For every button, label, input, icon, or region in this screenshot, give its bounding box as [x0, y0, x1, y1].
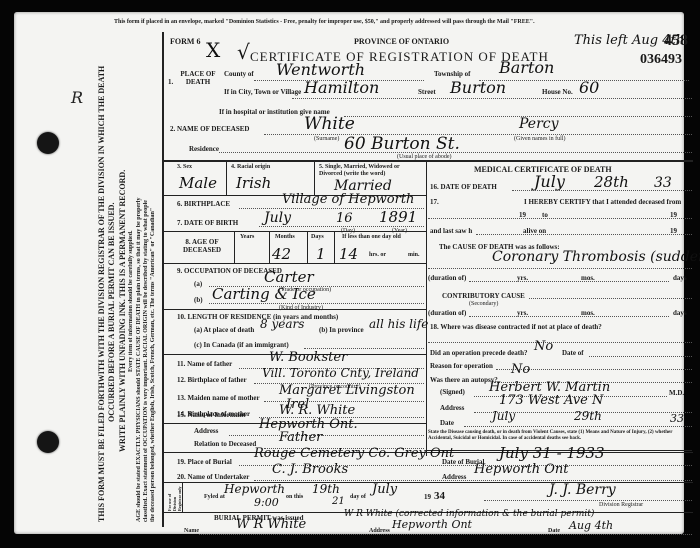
certificate-date-month: July [492, 409, 515, 423]
age-label: 8. AGE OF DECEASED [177, 238, 227, 254]
province-label: PROVINCE OF ONTARIO [354, 37, 449, 46]
informant-name-label-visible: 15. Name of Informant [177, 411, 245, 419]
birthplace-label: 6. BIRTHPLACE [177, 200, 230, 208]
certify-to: to [542, 211, 548, 219]
occupation-b-value: Carting & Ice [212, 285, 316, 303]
house-no-value: 60 [579, 78, 599, 97]
fyled-day-value: 19th [312, 482, 340, 496]
punch-hole-bottom [37, 431, 59, 453]
violence-note: State the Disease causing death, or in d… [428, 430, 690, 442]
deceased-given-name: Percy [519, 116, 559, 132]
permit-name-label: Name [184, 528, 199, 534]
division-registrar-signature: J. J. Berry [549, 482, 616, 498]
min-label: min. [408, 252, 420, 258]
occupation-a-value: Carter [264, 268, 314, 286]
burial-place-value: Rouge Cemetery Co. Grey Ont [254, 446, 454, 461]
age-years-label: Years [240, 234, 254, 240]
dob-year: 1891 [379, 208, 417, 226]
informant-name-value: W. R. White [279, 403, 355, 418]
certificate-date-day: 29th [574, 409, 602, 423]
occupation-b-label: (b) [194, 296, 203, 304]
birthplace-value: Village of Hepworth [282, 192, 414, 207]
sex-label: 3. Sex [177, 164, 192, 170]
occupation-b-hint: (Kind of Industry) [279, 305, 323, 311]
deceased-surname: White [304, 114, 355, 134]
physician-address-value: 173 West Ave N [499, 393, 603, 408]
margin-instruction-1: THIS FORM MUST BE FILED FORTHWITH WITH T… [97, 42, 106, 522]
check-tick-mark: √ [237, 40, 250, 64]
dob-day: 16 [336, 211, 353, 226]
on-this-label: on this [286, 494, 303, 500]
reason-operation-label: Reason for operation [430, 362, 493, 370]
father-name-label: 11. Name of father [177, 360, 232, 368]
fyled-at-value: Hepworth [224, 482, 285, 496]
operation-value: No [534, 339, 553, 354]
relation-label: Relation to Deceased [194, 440, 256, 448]
house-no-label: House No. [542, 88, 573, 96]
last-saw-label: and last saw h [430, 227, 472, 235]
at-place-of-death-value: 8 years [260, 317, 304, 331]
contributory-hint: (Secondary) [469, 301, 498, 307]
city-label: If in City, Town or Village [224, 88, 301, 96]
occupation-a-label: (a) [194, 280, 202, 288]
date-of-death-label: 16. DATE OF DEATH [430, 183, 497, 191]
age-months-value: 1 [316, 245, 326, 263]
father-birthplace-value: Vill. Toronto Cnty, Ireland [262, 366, 419, 380]
residence-label: Residence [189, 145, 219, 153]
relation-value: Father [279, 430, 322, 445]
margin-letter: R [71, 88, 83, 107]
day-of-label: day of [350, 494, 366, 500]
margin-instruction-6: classified. Exact statement of OCCUPATIO… [143, 42, 149, 522]
undertaker-label: 20. Name of Undertaker [177, 473, 249, 481]
residence-value: 60 Burton St. [344, 134, 460, 154]
column-divider [426, 160, 427, 456]
death-month: July [534, 172, 565, 191]
certificate-date-label: Date [440, 419, 454, 427]
age-days-value: 14 [339, 245, 358, 263]
sex-value: Male [179, 174, 217, 192]
mother-name-value: Margaret Livingston [279, 383, 415, 398]
section-divider [163, 160, 693, 162]
hrs-label: hrs. or [369, 252, 386, 258]
duration-label-1: (duration of) [428, 274, 466, 282]
county-value: Wentworth [276, 60, 365, 79]
contributory-cause-label: CONTRIBUTORY CAUSE [442, 292, 525, 300]
at-place-of-death-label: (a) At place of death [194, 326, 254, 334]
registrar-only-label: For use of Division Registrar only [167, 483, 181, 511]
physician-address-label: Address [440, 404, 464, 412]
informant-address-label: Address [194, 427, 218, 435]
street-value: Burton [450, 78, 506, 97]
fyled-month-value: July [372, 482, 397, 497]
burial-place-label: 19. Place of Burial [177, 458, 232, 466]
death-day: 28th [594, 173, 629, 191]
cause-of-death-value: Coronary Thrombosis (sudden) [492, 249, 700, 265]
township-value: Barton [499, 58, 554, 77]
stamp-number: 458 [664, 32, 688, 50]
mail-notice: This form if placed in an envelope, mark… [114, 19, 535, 25]
certify-number: 17. [430, 198, 439, 206]
margin-instruction-4: Every item of information should be care… [128, 202, 134, 372]
place-of-death-label: PLACE OF DEATH [177, 70, 219, 86]
county-label: County of [224, 70, 254, 78]
punch-hole-top [37, 132, 59, 154]
permit-date-value: Aug 4th [569, 519, 613, 532]
death-year: 33 [654, 175, 672, 191]
operation-date-label: Date of [562, 349, 584, 357]
father-name-value: W. Bookster [269, 350, 347, 365]
margin-instruction-7: the deceased person belonged, whether En… [150, 42, 156, 522]
margin-instruction-3: WRITE PLAINLY WITH UNFADING INK. THIS IS… [118, 112, 127, 452]
city-value: Hamilton [304, 78, 379, 97]
less-than-day-label: If less than one day old [342, 234, 401, 240]
division-registrar-title: Division Registrar [599, 502, 643, 508]
deceased-name-label: 2. NAME OF DECEASED [170, 125, 249, 133]
age-days-label: Days [311, 234, 324, 240]
date-of-birth-label: 7. DATE OF BIRTH [177, 219, 238, 227]
burial-date-value: July 31 - 1933 [499, 444, 605, 462]
fyled-at-label: Fyled at [204, 494, 225, 500]
given-hint: (Given names in full) [514, 136, 566, 142]
signed-label: (Signed) [440, 388, 465, 396]
undertaker-value: C. J. Brooks [272, 462, 348, 477]
fyled-extra-time: 9:00 [254, 496, 279, 509]
certify-to-19: 19 [670, 211, 677, 219]
autopsy-label: Was there an autopsy? [430, 376, 498, 384]
marital-status-label: 5. Single, Married, Widowed or Divorced … [319, 164, 423, 178]
margin-instruction-2: OCCURRED BEFORE A BURIAL PERMIT CAN BE I… [107, 142, 116, 422]
fyled-year-prefix: 19 [424, 493, 431, 501]
age-months-label: Months [275, 234, 295, 240]
racial-origin-value: Irish [236, 174, 271, 192]
township-label: Township of [434, 70, 471, 78]
duration-label-2: (duration of) [428, 309, 466, 317]
father-birthplace-label: 12. Birthplace of father [177, 376, 247, 384]
fyled-extra-day: 21 [332, 496, 345, 507]
dob-month: July [264, 210, 291, 226]
residence-length-label: 10. LENGTH OF RESIDENCE (in years and mo… [177, 313, 338, 321]
in-canada-label: (c) In Canada (if an immigrant) [194, 341, 289, 349]
street-label: Street [418, 88, 436, 96]
duration-days-1: days [673, 274, 687, 282]
certify-text: I HEREBY CERTIFY that I attended decease… [524, 198, 681, 206]
mother-name-label: 13. Maiden name of mother [177, 394, 260, 402]
duration-days-2: days [673, 309, 687, 317]
certify-from-19: 19 [519, 211, 526, 219]
place-num: 1. [168, 78, 173, 86]
form-number: FORM 6 [170, 37, 200, 46]
permit-address-value: Hepworth Ont [392, 518, 472, 531]
age-years-value: 42 [272, 245, 291, 263]
check-x-mark: X [206, 38, 220, 62]
permit-name-value: W R White [236, 517, 306, 532]
in-province-label: (b) In province [319, 326, 364, 334]
in-province-value: all his life [369, 317, 428, 331]
death-certificate-page: R THIS FORM MUST BE FILED FORTHWITH WITH… [14, 12, 684, 534]
undertaker-address-value: Hepworth Ont [474, 462, 569, 477]
registration-number: 036493 [640, 52, 682, 68]
certificate-date-year: 33 [670, 412, 684, 425]
autopsy-value: No [511, 362, 530, 377]
surname-hint: (Surname) [314, 136, 339, 142]
md-label: M.D. [669, 389, 684, 397]
fyled-year-value: 34 [434, 490, 445, 502]
operation-label: Did an operation precede death? [430, 349, 527, 357]
disease-contracted-label: 18. Where was disease contracted if not … [430, 323, 602, 331]
margin-instruction-5: AGE should be stated EXACTLY. PHYSICIANS… [136, 42, 142, 522]
racial-origin-label: 4. Racial origin [231, 164, 270, 170]
